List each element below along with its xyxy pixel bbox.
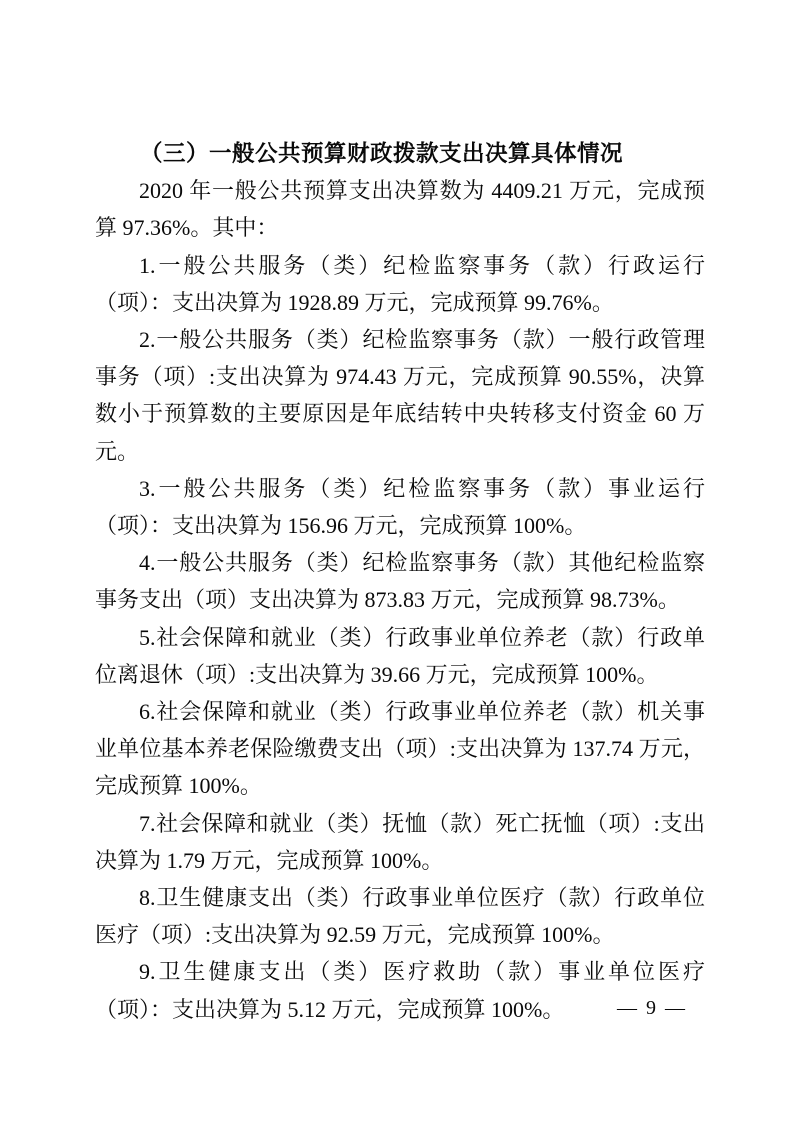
document-page: （三）一般公共预算财政拨款支出决算具体情况 2020 年一般公共预算支出决算数为… [0, 0, 793, 1122]
section-heading: （三）一般公共预算财政拨款支出决算具体情况 [95, 135, 705, 172]
body-paragraph-item-7: 7.社会保障和就业（类）抚恤（款）死亡抚恤（项）:支出决算为 1.79 万元，完… [95, 805, 705, 879]
document-body: （三）一般公共预算财政拨款支出决算具体情况 2020 年一般公共预算支出决算数为… [95, 135, 705, 1028]
body-paragraph-item-1: 1.一般公共服务（类）纪检监察事务（款）行政运行（项）：支出决算为 1928.8… [95, 247, 705, 321]
body-paragraph-item-2: 2.一般公共服务（类）纪检监察事务（款）一般行政管理事务（项）:支出决算为 97… [95, 321, 705, 470]
body-paragraph-item-4: 4.一般公共服务（类）纪检监察事务（款）其他纪检监察事务支出（项）支出决算为 8… [95, 544, 705, 618]
body-paragraph-item-6: 6.社会保障和就业（类）行政事业单位养老（款）机关事业单位基本养老保险缴费支出（… [95, 693, 705, 805]
page-number: — 9 — [95, 990, 705, 1027]
body-paragraph-item-5: 5.社会保障和就业（类）行政事业单位养老（款）行政单位离退休（项）:支出决算为 … [95, 619, 705, 693]
body-paragraph-overview: 2020 年一般公共预算支出决算数为 4409.21 万元，完成预算 97.36… [95, 172, 705, 246]
body-paragraph-item-3: 3.一般公共服务（类）纪检监察事务（款）事业运行（项）：支出决算为 156.96… [95, 470, 705, 544]
body-paragraph-item-8: 8.卫生健康支出（类）行政事业单位医疗（款）行政单位医疗（项）:支出决算为 92… [95, 879, 705, 953]
